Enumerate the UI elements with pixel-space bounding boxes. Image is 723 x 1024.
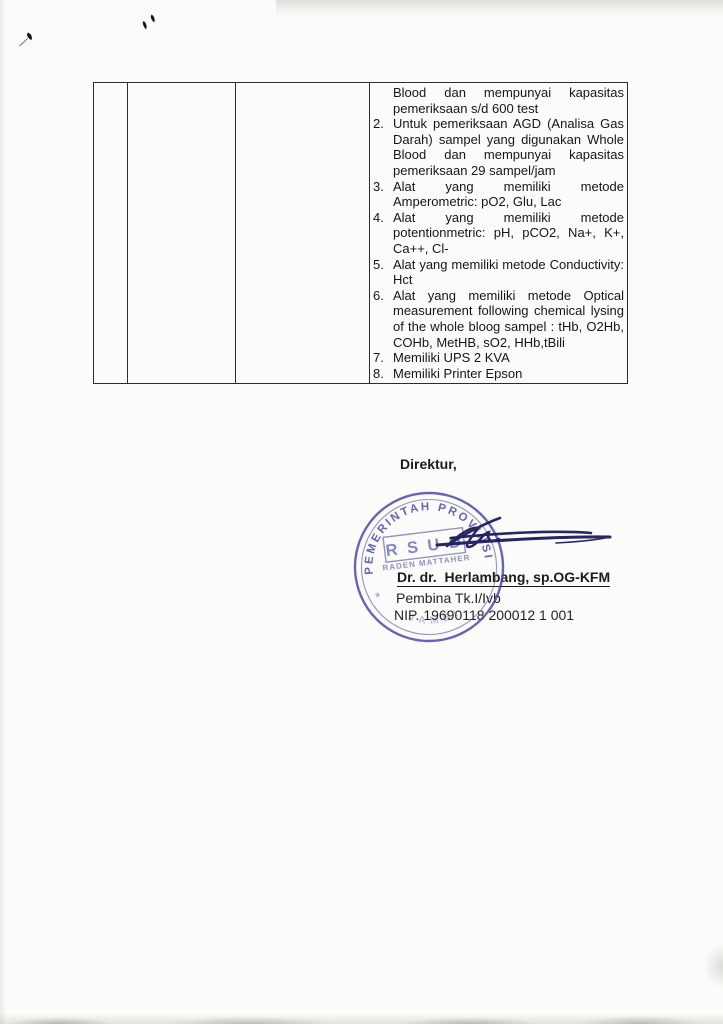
list-item: 4. Alat yang memiliki metode potentionme… (373, 210, 624, 257)
stamp-center-line1: R S U D (385, 533, 465, 560)
list-item-text: Alat yang memiliki metode potentionmetri… (393, 210, 624, 257)
list-item-text: Memiliki UPS 2 KVA (393, 350, 624, 366)
list-item-number: 6. (373, 288, 393, 350)
scan-shadow-top (276, 0, 723, 17)
list-item-text: Blood dan mempunyai kapasitas pemeriksaa… (393, 85, 624, 116)
list-item: 5. Alat yang memiliki metode Conductivit… (373, 257, 624, 288)
list-item-text: Memiliki Printer Epson (393, 366, 624, 382)
list-item-number: 4. (373, 210, 393, 257)
table-cell-specs: Blood dan mempunyai kapasitas pemeriksaa… (370, 83, 627, 383)
list-item-number: 5. (373, 257, 393, 288)
list-item-text: Alat yang memiliki metode Amperometric: … (393, 179, 624, 210)
list-item-text: Alat yang memiliki metode Optical measur… (393, 288, 624, 350)
signatory-name: Dr. dr. Herlambang, sp.OG-KFM (397, 569, 610, 587)
scan-shadow-bottom (0, 1004, 723, 1024)
scanned-document-page: Blood dan mempunyai kapasitas pemeriksaa… (0, 0, 723, 1024)
spec-table: Blood dan mempunyai kapasitas pemeriksaa… (93, 82, 628, 384)
signatory-nip: NIP. 19690118 200012 1 001 (394, 607, 574, 623)
handwritten-signature (437, 518, 610, 547)
scan-shadow-left (0, 0, 6, 1024)
list-item-number: 2. (373, 116, 393, 178)
stamp-arc-top-text: PEMERINTAH PROVINSI (356, 493, 495, 575)
list-item-number: 7. (373, 350, 393, 366)
table-cell-3 (236, 83, 370, 383)
list-item: 8. Memiliki Printer Epson (373, 366, 624, 382)
table-cell-2 (128, 83, 236, 383)
table-cell-no (94, 83, 128, 383)
list-item: 2. Untuk pemeriksaan AGD (Analisa Gas Da… (373, 116, 624, 178)
list-item: Blood dan mempunyai kapasitas pemeriksaa… (373, 85, 624, 116)
list-item: 3. Alat yang memiliki metode Amperometri… (373, 179, 624, 210)
official-stamp: PEMERINTAH PROVINSI JAMBI R S U D RADEN … (347, 485, 512, 650)
list-item-text: Untuk pemeriksaan AGD (Analisa Gas Darah… (393, 116, 624, 178)
list-item-number: 8. (373, 366, 393, 382)
list-item-text: Alat yang memiliki metode Conductivity: … (393, 257, 624, 288)
list-item-number (373, 85, 393, 116)
list-item: 7. Memiliki UPS 2 KVA (373, 350, 624, 366)
list-item-number: 3. (373, 179, 393, 210)
stamp-star-left-icon: * (374, 589, 381, 605)
ink-marks (20, 15, 155, 47)
svg-text:PEMERINTAH PROVINSI: PEMERINTAH PROVINSI (356, 493, 495, 575)
signature-salutation: Direktur, (400, 456, 457, 472)
signatory-rank: Pembina Tk.I/Ivb (396, 590, 501, 606)
list-item: 6. Alat yang memiliki metode Optical mea… (373, 288, 624, 350)
scan-smudge-right (683, 924, 723, 994)
